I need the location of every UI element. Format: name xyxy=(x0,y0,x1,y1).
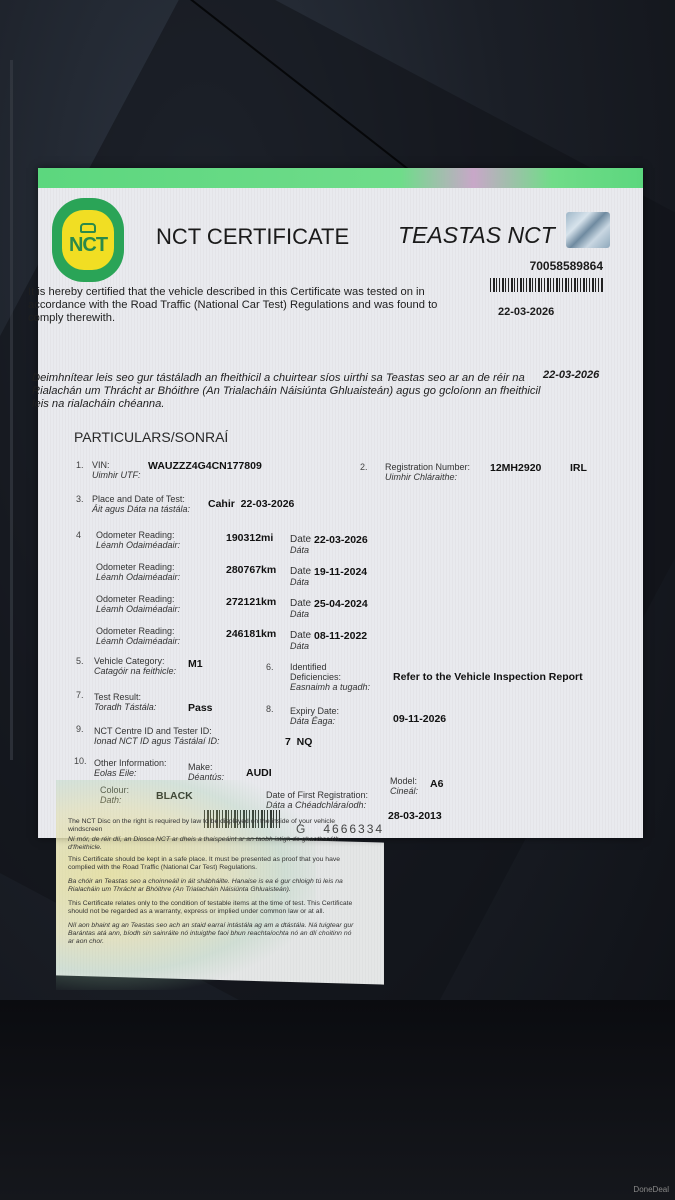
deficiencies-label: Identified Deficiencies:Easnaimh a tugad… xyxy=(290,662,380,692)
category-value: M1 xyxy=(188,658,203,670)
centre-value: 7 NQ xyxy=(285,736,312,748)
odometer-value: 280767km xyxy=(226,564,276,576)
odometer-value: 272121km xyxy=(226,596,276,608)
certificate-number: 70058589864 xyxy=(530,259,603,273)
place-date-value: Cahir 22-03-2026 xyxy=(208,498,294,510)
odometer-value: 246181km xyxy=(226,628,276,640)
field-number: 3. xyxy=(76,494,84,504)
logo-text: NCT xyxy=(69,234,107,257)
hologram-seal-icon xyxy=(566,212,610,248)
odometer-label: Odometer Reading:Léamh Odaiméadair: xyxy=(96,626,180,646)
make-label: Make:Déantús: xyxy=(188,762,224,782)
field-number: 1. xyxy=(76,460,84,470)
odometer-date-label: DateDáta xyxy=(290,630,311,651)
odometer-label: Odometer Reading:Léamh Odaiméadair: xyxy=(96,562,180,582)
statement-english-date: 22-03-2026 xyxy=(498,306,554,318)
statement-irish: Deimhnítear leis seo gur tástáladh an fh… xyxy=(32,372,542,411)
odometer-date: 19-11-2024 xyxy=(314,566,367,578)
odometer-date: 22-03-2026 xyxy=(314,534,368,546)
odometer-value: 190312mi xyxy=(226,532,273,544)
other-info-label: Other Information:Eolas Eile: xyxy=(94,758,167,778)
first-registration-value: 28-03-2013 xyxy=(388,810,442,822)
category-label: Vehicle Category:Catagóir na feithicle: xyxy=(94,656,176,676)
nct-certificate: NCT NCT CERTIFICATE TEASTAS NCT 70058589… xyxy=(38,168,643,838)
nct-logo: NCT xyxy=(52,198,124,282)
background-edge xyxy=(10,60,13,760)
registration-country: IRL xyxy=(570,462,587,474)
odometer-label: Odometer Reading:Léamh Odaiméadair: xyxy=(96,594,180,614)
barcode-icon xyxy=(490,278,604,292)
field-number: 5. xyxy=(76,656,84,666)
colour-value: BLACK xyxy=(156,790,193,802)
field-number: 7. xyxy=(76,690,84,700)
first-registration-label: Date of First Registration:Dáta a Chéadc… xyxy=(266,790,368,810)
odometer-date-label: DateDáta xyxy=(290,566,311,587)
header-band xyxy=(38,168,643,188)
title-irish: TEASTAS NCT xyxy=(398,222,555,249)
field-number: 2. xyxy=(360,462,368,472)
field-number: 9. xyxy=(76,724,84,734)
fine-print-paragraph: Ba chóir an Teastas seo a choinneáil in … xyxy=(68,878,358,894)
model-label: Model:Cineál: xyxy=(390,776,418,796)
expiry-label: Expiry Date:Dáta Éaga: xyxy=(290,706,339,726)
centre-label: NCT Centre ID and Tester ID:Ionad NCT ID… xyxy=(94,726,220,746)
field-number: 6. xyxy=(266,662,274,672)
fine-print-paragraph: This Certificate should be kept in a saf… xyxy=(68,856,368,872)
expiry-value: 09-11-2026 xyxy=(393,713,446,725)
deficiencies-value: Refer to the Vehicle Inspection Report xyxy=(393,671,583,683)
title-english: NCT CERTIFICATE xyxy=(156,224,349,250)
registration-label: Registration Number:Uimhir Chláraithe: xyxy=(385,462,470,482)
odometer-label: Odometer Reading:Léamh Odaiméadair: xyxy=(96,530,180,550)
result-value: Pass xyxy=(188,702,213,714)
statement-english: It is hereby certified that the vehicle … xyxy=(28,286,458,325)
odometer-date: 25-04-2024 xyxy=(314,598,368,610)
vin-value: WAUZZZ4G4CN177809 xyxy=(148,460,262,472)
statement-irish-date: 22-03-2026 xyxy=(543,369,599,381)
donedeal-watermark: DoneDeal xyxy=(633,1185,669,1194)
fine-print-paragraph: Níl aon bhaint ag an Teastas seo ach an … xyxy=(68,922,358,946)
field-number: 4 xyxy=(76,530,81,540)
field-number: 10. xyxy=(74,756,87,766)
place-date-label: Place and Date of Test:Áit agus Dáta na … xyxy=(92,494,190,514)
vin-label: VIN:Uimhir UTF: xyxy=(92,460,141,480)
section-title: PARTICULARS/SONRAÍ xyxy=(74,429,228,445)
fine-print-paragraph: The NCT Disc on the right is required by… xyxy=(68,818,368,834)
fine-print-paragraph: This Certificate relates only to the con… xyxy=(68,900,368,916)
make-value: AUDI xyxy=(246,767,272,779)
odometer-date-label: DateDáta xyxy=(290,598,311,619)
result-label: Test Result:Toradh Tástála: xyxy=(94,692,156,712)
colour-label: Colour:Dath: xyxy=(100,785,129,805)
car-icon xyxy=(80,223,96,233)
registration-value: 12MH2920 xyxy=(490,462,541,474)
odometer-date-label: DateDáta xyxy=(290,534,311,555)
model-value: A6 xyxy=(430,778,443,790)
odometer-date: 08-11-2022 xyxy=(314,630,367,642)
field-number: 8. xyxy=(266,704,274,714)
fine-print-paragraph: Ní mór, de réir dlí, an Diosca NCT ar dh… xyxy=(68,836,358,852)
background-floor xyxy=(0,1000,675,1200)
